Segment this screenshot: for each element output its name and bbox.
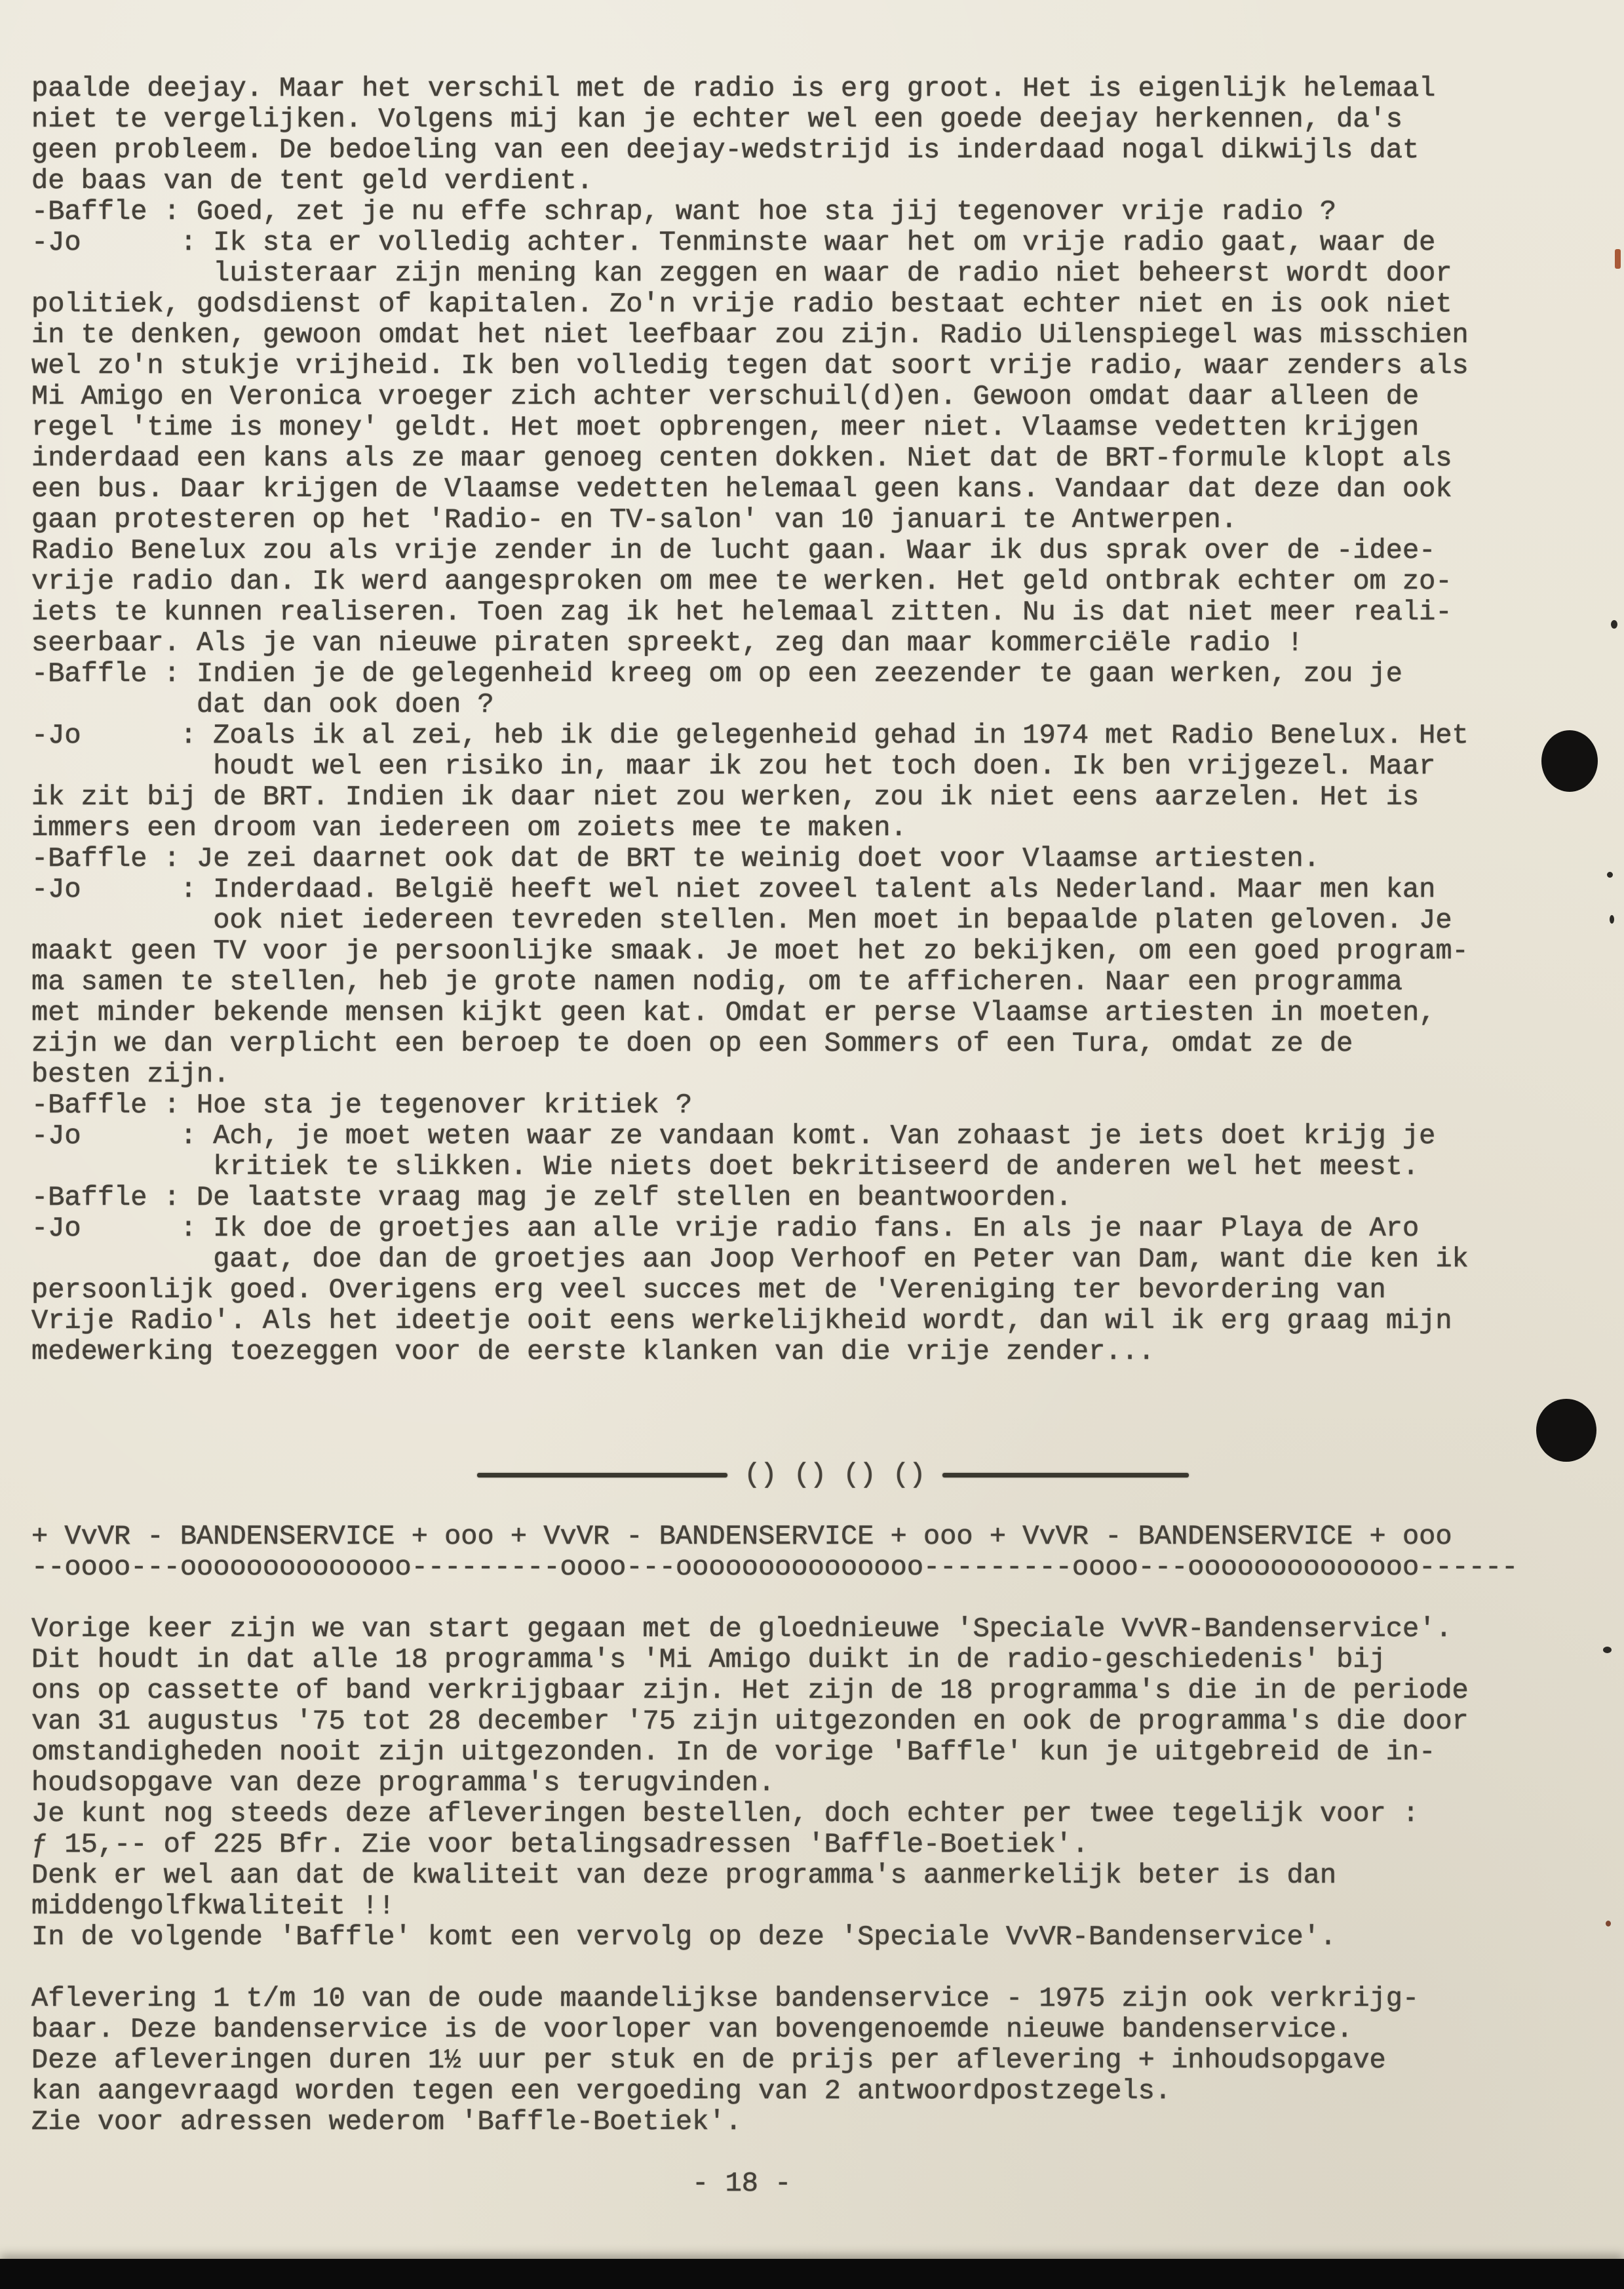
bandenservice-line: Je kunt nog steeds deze afleveringen bes… (31, 1799, 1617, 1829)
bandenservice-line: ƒ 15,-- of 225 Bfr. Zie voor betalingsad… (31, 1829, 1617, 1860)
blank-line (31, 1429, 1617, 1460)
ink-speck (1606, 1921, 1611, 1927)
interview-line: met minder bekende mensen kijkt geen kat… (31, 998, 1617, 1028)
interview-line: gaan protesteren op het 'Radio- en TV-sa… (31, 505, 1617, 536)
interview-line: -Jo : Ik sta er volledig achter. Tenmins… (31, 227, 1617, 258)
interview-line: -Baffle : Goed, zet je nu effe schrap, w… (31, 197, 1617, 227)
interview-line: gaat, doe dan de groetjes aan Joop Verho… (31, 1244, 1617, 1275)
ink-speck (1603, 1647, 1612, 1653)
ink-speck (1607, 872, 1613, 878)
interview-line: -Jo : Zoals ik al zei, heb ik die gelege… (31, 720, 1617, 751)
interview-line: geen probleem. De bedoeling van een deej… (31, 135, 1617, 166)
interview-line: regel 'time is money' geldt. Het moet op… (31, 412, 1617, 443)
bandenservice-line: houdsopgave van deze programma's terugvi… (31, 1768, 1617, 1799)
bandenservice-line: ons op cassette of band verkrijgbaar zij… (31, 1675, 1617, 1706)
interview-line: niet te vergelijken. Volgens mij kan je … (31, 104, 1617, 135)
interview-line: vrije radio dan. Ik werd aangesproken om… (31, 566, 1617, 597)
interview-line: -Jo : Inderdaad. België heeft wel niet z… (31, 874, 1617, 905)
interview-line: paalde deejay. Maar het verschil met de … (31, 73, 1617, 104)
bandenservice-banner: + VvVR - BANDENSERVICE + ooo + VvVR - BA… (31, 1521, 1617, 1552)
interview-line: Vrije Radio'. Als het ideetje ooit eens … (31, 1306, 1617, 1337)
divider-symbols: () () () () (727, 1460, 942, 1491)
interview-line: luisteraar zijn mening kan zeggen en waa… (31, 258, 1617, 289)
interview-line: seerbaar. Als je van nieuwe piraten spre… (31, 628, 1617, 659)
ink-speck (1610, 915, 1614, 924)
interview-line: medewerking toezeggen voor de eerste kla… (31, 1337, 1617, 1367)
bandenservice-line: Aflevering 1 t/m 10 van de oude maandeli… (31, 1984, 1617, 2014)
bandenservice-line: kan aangevraagd worden tegen een vergoed… (31, 2076, 1617, 2107)
interview-line: Mi Amigo en Veronica vroeger zich achter… (31, 381, 1617, 412)
typed-text-area: paalde deejay. Maar het verschil met de … (31, 73, 1617, 2199)
blank-line (31, 1953, 1617, 1984)
bandenservice-line: van 31 augustus '75 tot 28 december '75 … (31, 1706, 1617, 1737)
bandenservice-line: baar. Deze bandenservice is de voorloper… (31, 2014, 1617, 2045)
interview-line: persoonlijk goed. Overigens erg veel suc… (31, 1275, 1617, 1306)
interview-line: houdt wel een risiko in, maar ik zou het… (31, 751, 1617, 782)
interview-line: -Baffle : De laatste vraag mag je zelf s… (31, 1183, 1617, 1213)
interview-line: besten zijn. (31, 1059, 1617, 1090)
bandenservice-banner-underline: --oooo---oooooooooooooo---------oooo---o… (31, 1552, 1617, 1583)
bandenservice-line: middengolfkwaliteit !! (31, 1891, 1617, 1922)
section-divider: () () () () (477, 1460, 1617, 1491)
blank-line (31, 1398, 1617, 1429)
interview-line: -Baffle : Indien je de gelegenheid kreeg… (31, 659, 1617, 690)
interview-line: zijn we dan verplicht een beroep te doen… (31, 1028, 1617, 1059)
interview-line: in te denken, gewoon omdat het niet leef… (31, 320, 1617, 351)
ink-speck (1611, 620, 1617, 629)
bandenservice-line: In de volgende 'Baffle' komt een vervolg… (31, 1922, 1617, 1953)
bandenservice-line: Dit houdt in dat alle 18 programma's 'Mi… (31, 1645, 1617, 1675)
divider-rule-left (477, 1473, 727, 1477)
scanner-edge-bar (0, 2259, 1624, 2289)
interview-line: ma samen te stellen, heb je grote namen … (31, 967, 1617, 998)
punch-hole-bottom (1536, 1399, 1596, 1462)
interview-line: -Baffle : Je zei daarnet ook dat de BRT … (31, 844, 1617, 874)
bandenservice-line: omstandigheden nooit zijn uitgezonden. I… (31, 1737, 1617, 1768)
divider-rule-right (942, 1473, 1189, 1477)
bandenservice-line: Zie voor adressen wederom 'Baffle-Boetie… (31, 2107, 1617, 2138)
bandenservice-line: Vorige keer zijn we van start gegaan met… (31, 1614, 1617, 1645)
scanned-typewritten-page: paalde deejay. Maar het verschil met de … (0, 0, 1624, 2289)
interview-line: -Jo : Ach, je moet weten waar ze vandaan… (31, 1121, 1617, 1152)
interview-line: politiek, godsdienst of kapitalen. Zo'n … (31, 289, 1617, 320)
interview-line: -Jo : Ik doe de groetjes aan alle vrije … (31, 1213, 1617, 1244)
bandenservice-line: Deze afleveringen duren 1½ uur per stuk … (31, 2045, 1617, 2076)
interview-line: Radio Benelux zou als vrije zender in de… (31, 536, 1617, 566)
interview-line: dat dan ook doen ? (31, 690, 1617, 720)
interview-line: kritiek te slikken. Wie niets doet bekri… (31, 1152, 1617, 1183)
interview-line: maakt geen TV voor je persoonlijke smaak… (31, 936, 1617, 967)
interview-line: -Baffle : Hoe sta je tegenover kritiek ? (31, 1090, 1617, 1121)
interview-line: immers een droom van iedereen om zoiets … (31, 813, 1617, 844)
blank-line (31, 1367, 1617, 1398)
interview-line: ook niet iedereen tevreden stellen. Men … (31, 905, 1617, 936)
bandenservice-line: Denk er wel aan dat de kwaliteit van dez… (31, 1860, 1617, 1891)
page-number: - 18 - (31, 2168, 1617, 2199)
blank-line (31, 1583, 1617, 1614)
interview-line: inderdaad een kans als ze maar genoeg ce… (31, 443, 1617, 474)
punch-hole-top (1541, 730, 1598, 792)
interview-line: ik zit bij de BRT. Indien ik daar niet z… (31, 782, 1617, 813)
interview-line: de baas van de tent geld verdient. (31, 166, 1617, 197)
blank-line (31, 2138, 1617, 2168)
blank-line (31, 1491, 1617, 1521)
red-edge-mark (1615, 249, 1621, 269)
interview-line: iets te kunnen realiseren. Toen zag ik h… (31, 597, 1617, 628)
interview-line: wel zo'n stukje vrijheid. Ik ben volledi… (31, 351, 1617, 381)
interview-line: een bus. Daar krijgen de Vlaamse vedette… (31, 474, 1617, 505)
